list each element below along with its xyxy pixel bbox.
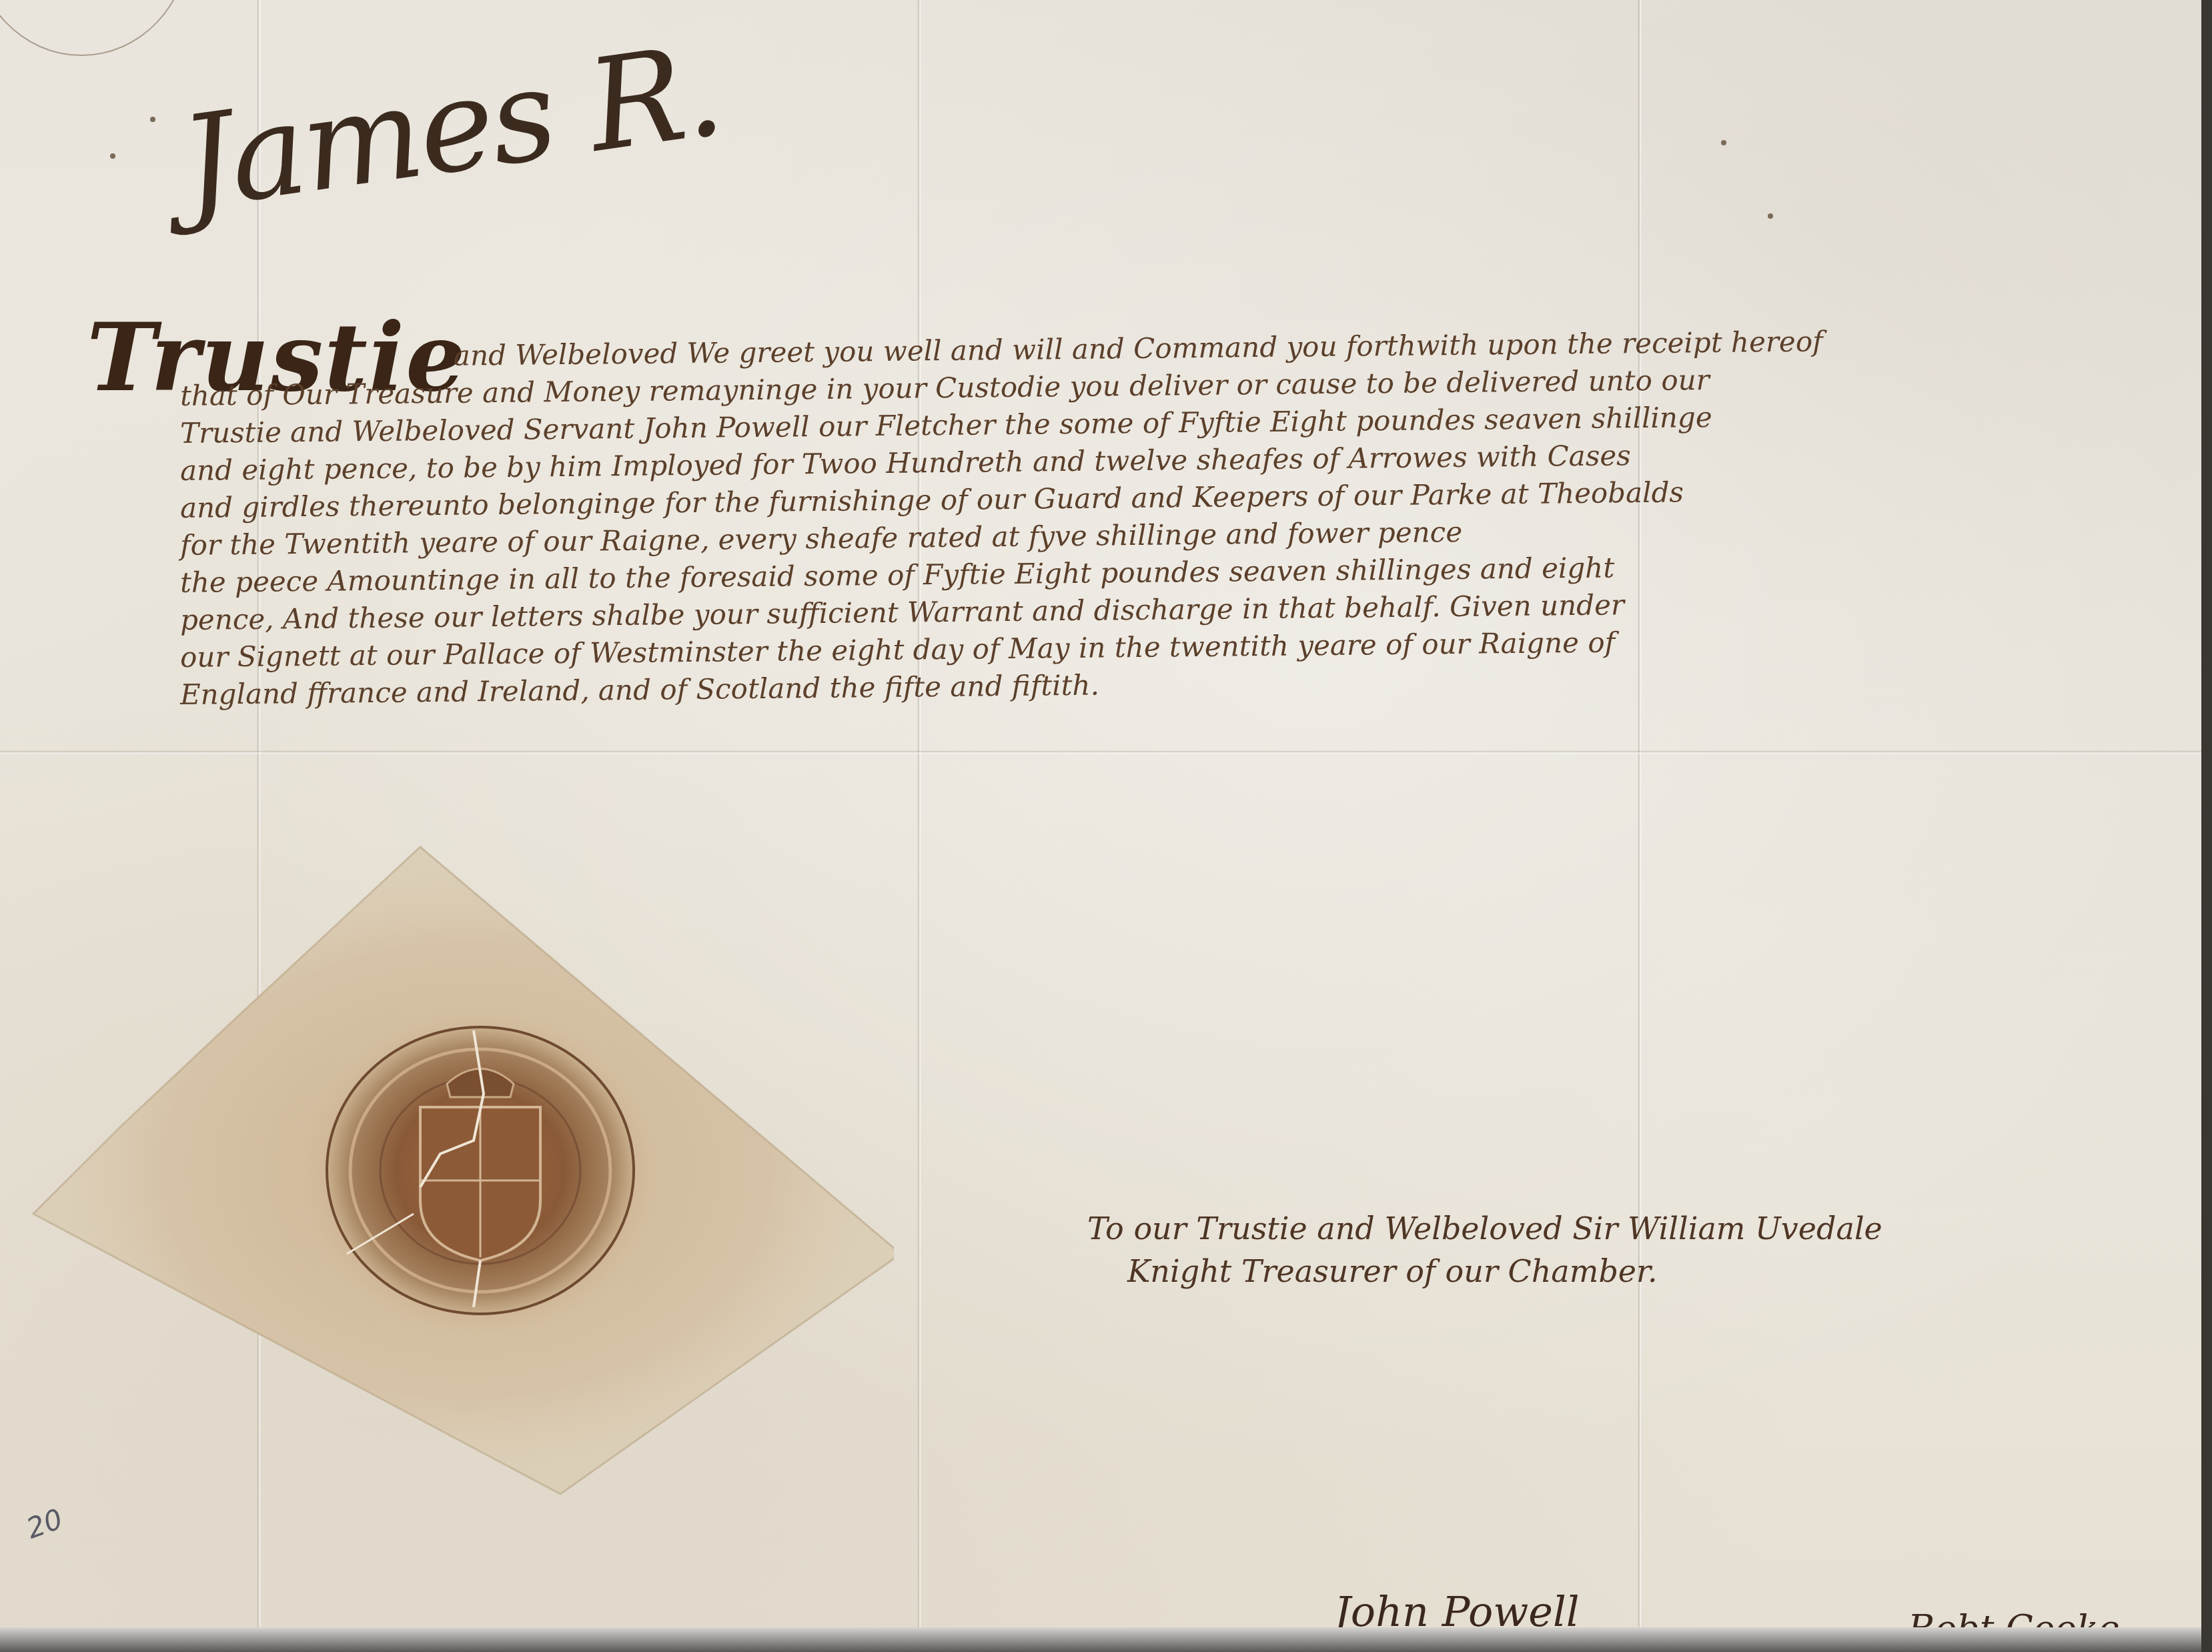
addressee-block: To our Trustie and Welbeloved Sir Willia… xyxy=(1087,1207,2155,1293)
seal-icon xyxy=(13,840,894,1507)
pencil-margin-note: 20 xyxy=(22,1502,67,1545)
wax-seal xyxy=(13,840,894,1507)
addressee-line: To our Trustie and Welbeloved Sir Willia… xyxy=(1087,1207,2155,1250)
fold-line xyxy=(0,750,2201,754)
ink-spot xyxy=(1768,213,1773,219)
ink-spot xyxy=(110,153,115,159)
fold-line xyxy=(917,0,921,1627)
scanner-edge-bottom xyxy=(0,1627,2212,1652)
ink-spot xyxy=(1721,140,1726,145)
scanner-edge-right xyxy=(2201,0,2212,1652)
addressee-line: Knight Treasurer of our Chamber. xyxy=(1087,1250,2155,1293)
royal-signature: James R. xyxy=(173,17,729,238)
ink-spot xyxy=(150,117,155,122)
warrant-body: and Welbeloved We greet you well and wil… xyxy=(180,340,2175,714)
fold-line xyxy=(1638,0,1642,1627)
stamp-circle-mark xyxy=(0,0,189,56)
parchment-sheet: James R. Trustie and Welbeloved We greet… xyxy=(0,0,2201,1627)
